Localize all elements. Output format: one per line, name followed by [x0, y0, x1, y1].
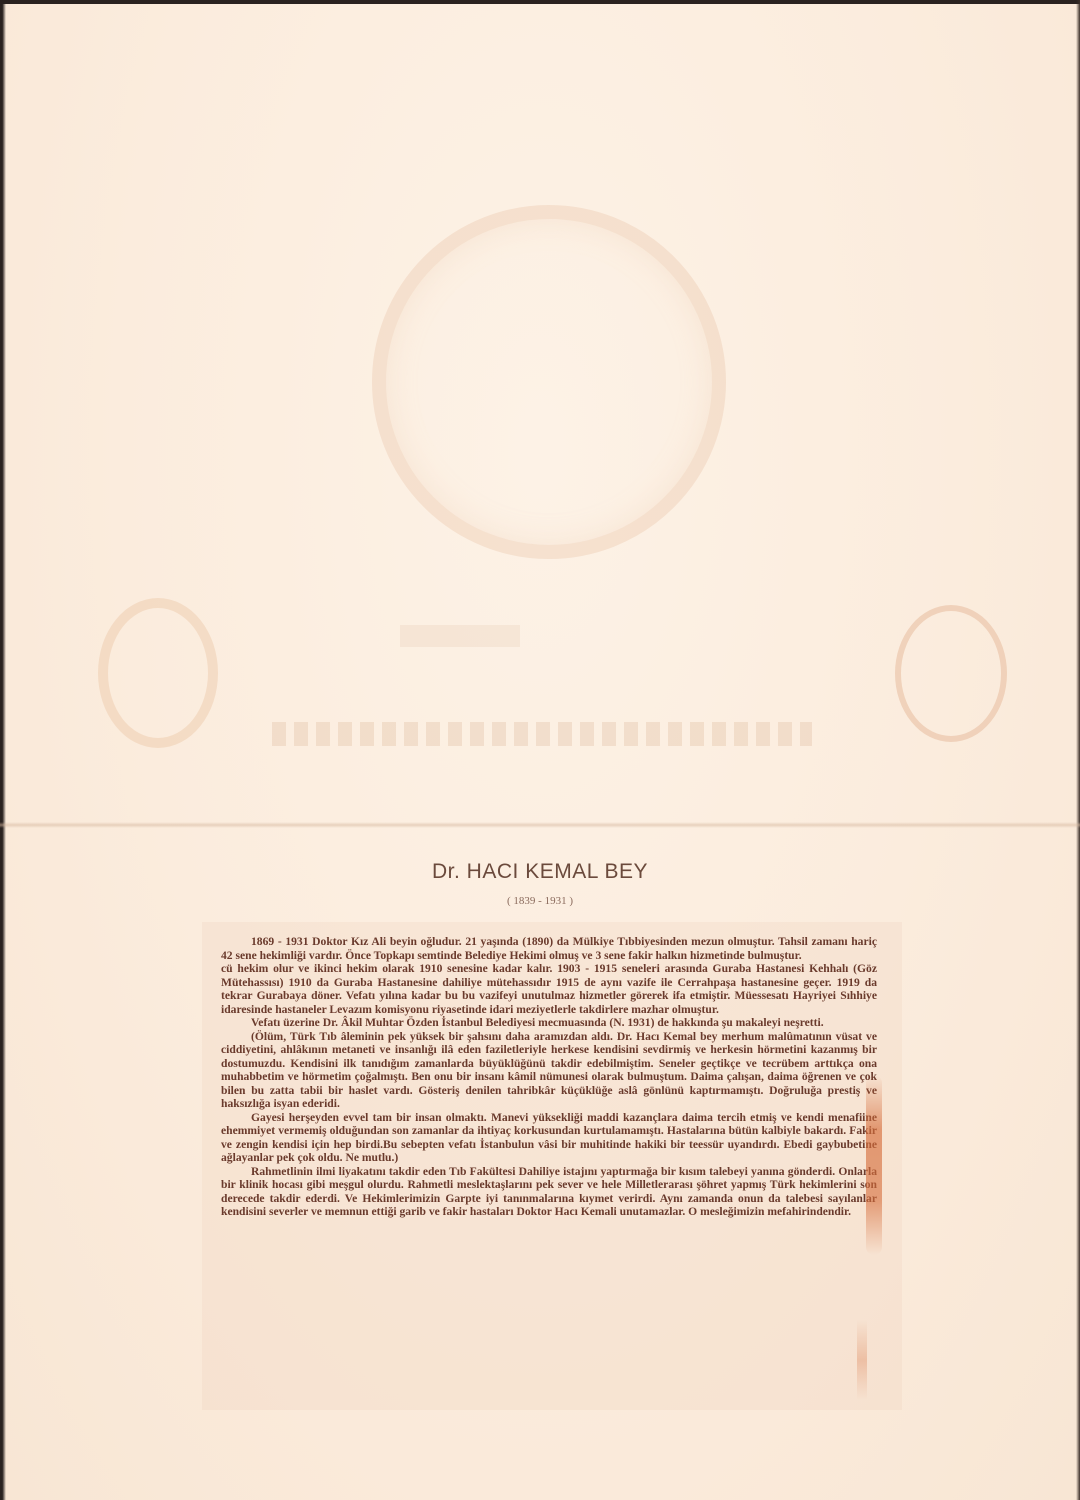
scan-edge-top: [0, 0, 1080, 4]
paragraph: Gayesi herşeyden evvel tam bir insan olm…: [221, 1111, 877, 1165]
rust-stain: [866, 1075, 882, 1255]
show-through-seal-left: [98, 598, 218, 748]
document-title: Dr. HACI KEMAL BEY: [0, 860, 1080, 884]
rust-stain: [857, 1320, 867, 1400]
page-fold-line: [0, 822, 1080, 828]
paragraph: 1869 - 1931 Doktor Kız Ali beyin oğludur…: [221, 935, 877, 962]
scan-edge-left: [0, 0, 6, 1500]
scan-edge-right: [1076, 0, 1080, 1500]
paragraph: (Ölüm, Türk Tıb âleminin pek yüksek bir …: [221, 1030, 877, 1111]
life-dates: ( 1839 - 1931 ): [0, 895, 1080, 907]
biography-text: 1869 - 1931 Doktor Kız Ali beyin oğludur…: [221, 935, 877, 1219]
paragraph: Vefatı üzerine Dr. Âkil Muhtar Özden İst…: [221, 1016, 877, 1030]
show-through-medallion: [372, 205, 726, 559]
scanned-page: Dr. HACI KEMAL BEY ( 1839 - 1931 ) 1869 …: [0, 0, 1080, 1500]
paragraph: Rahmetlinin ilmi liyakatını takdir eden …: [221, 1165, 877, 1219]
show-through-heading: [272, 722, 812, 746]
show-through-seal-right: [895, 605, 1007, 742]
paragraph: cü hekim olur ve ikinci hekim olarak 191…: [221, 962, 877, 1016]
show-through-mark: [400, 625, 520, 647]
